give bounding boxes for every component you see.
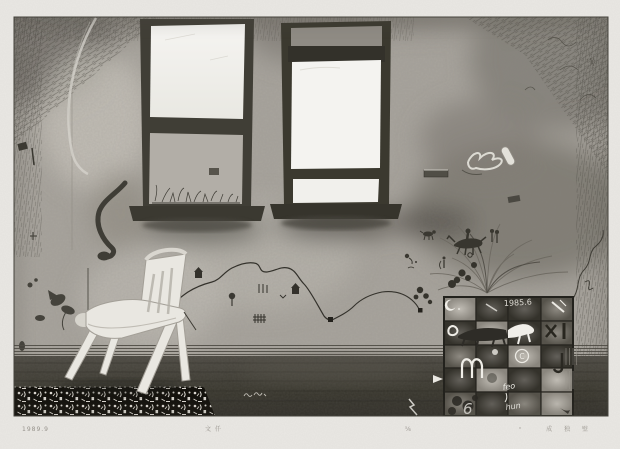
artist-signature: 成 独 壁 <box>546 425 593 433</box>
etching-artwork: 1985.6 C <box>0 0 620 449</box>
lower-pane <box>149 133 243 204</box>
upper-pane <box>291 60 381 169</box>
script-word-1: feo <box>502 381 516 392</box>
title-inscription: 文 仟 <box>205 425 222 433</box>
edition-date: 1989.9 <box>22 426 49 433</box>
grid-cell <box>541 297 573 321</box>
plate-image: 1985.6 C <box>0 0 620 418</box>
lower-pane <box>293 179 379 203</box>
open-gap <box>291 26 382 48</box>
sash-bar <box>288 46 385 62</box>
edition-number: ⅚ <box>405 426 412 433</box>
grid-chalk-text: 1985.6 <box>504 298 532 308</box>
left-window <box>129 19 265 232</box>
grid-cells <box>444 297 573 416</box>
grid-cell <box>541 345 573 368</box>
shelf-bar-doodle <box>424 170 448 177</box>
upper-pane <box>150 24 245 119</box>
letter-c: C <box>519 352 524 361</box>
print-photo: 1985.6 C <box>0 0 620 449</box>
grid-cell <box>541 321 573 345</box>
right-window <box>270 21 402 230</box>
